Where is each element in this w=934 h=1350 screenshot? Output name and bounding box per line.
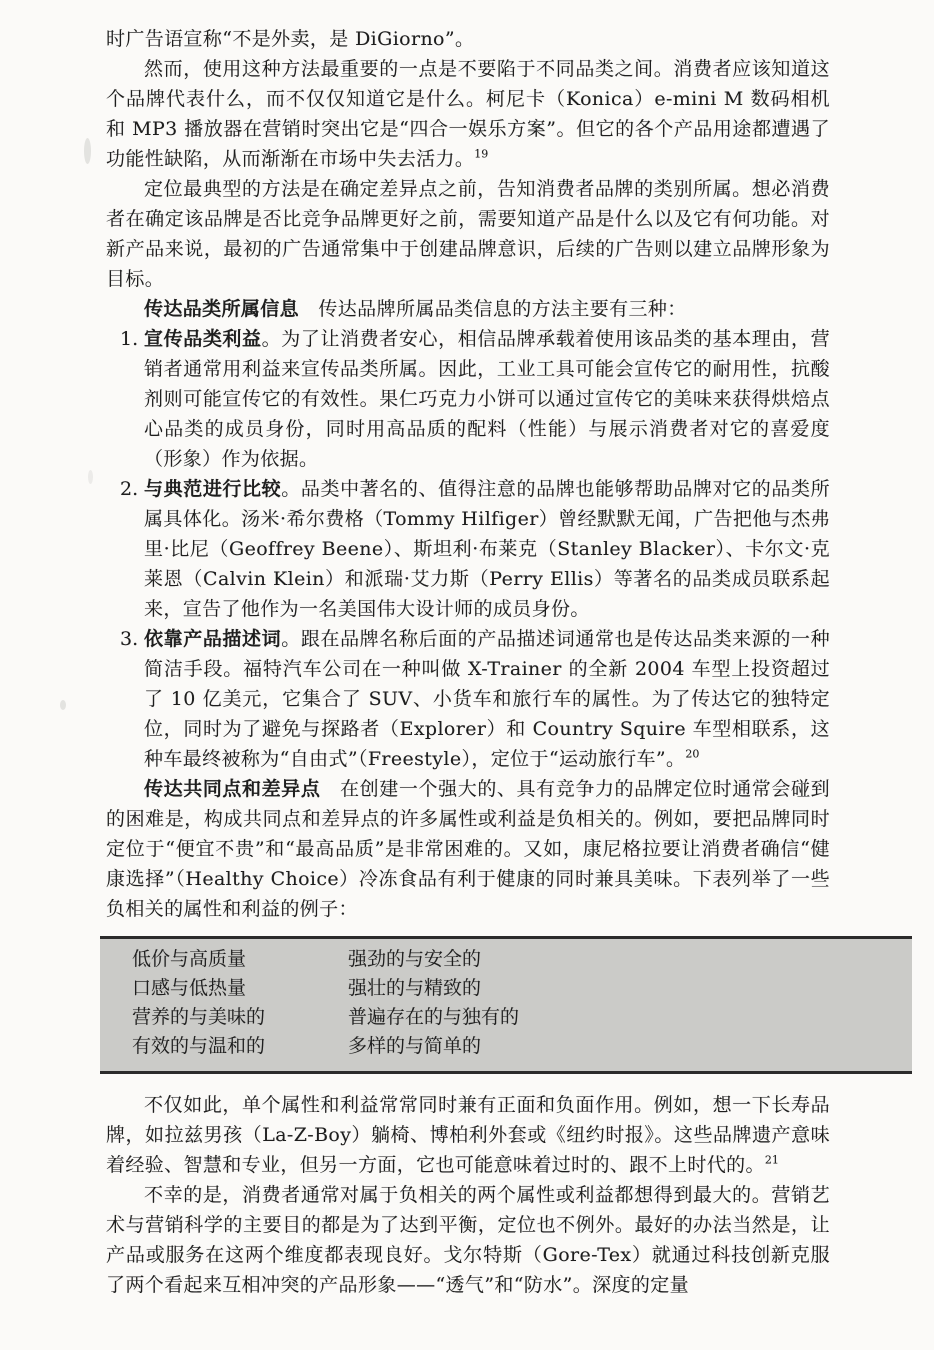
scan-artifact [88,470,93,484]
table-cell: 口感与低热量 [100,974,348,1003]
footnote-ref-20: 20 [685,748,699,761]
book-page: 时广告语宣称“不是外卖，是 DiGiorno”。 然而，使用这种方法最重要的一点… [0,0,934,1350]
paragraph-typical-positioning: 定位最典型的方法是在确定差异点之前，告知消费者品牌的类别所属。想必消费者在确定该… [106,174,830,294]
paragraph-text: 传达品牌所属品类信息的方法主要有三种： [299,298,687,320]
list-item-lead: 与典范进行比较 [144,478,281,500]
paragraph-balance: 不幸的是，消费者通常对属于负相关的两个属性或利益都想得到最大的。营销艺术与营销科… [106,1180,830,1300]
list-item-body: 与典范进行比较。品类中著名的、值得注意的品牌也能够帮助品牌对它的品类所属具体化。… [144,474,830,624]
footnote-ref-19: 19 [474,148,488,161]
list-item-lead: 依靠产品描述词 [144,628,281,650]
table-cell: 普遍存在的与独有的 [348,1003,912,1032]
paragraph-text: 不幸的是，消费者通常对属于负相关的两个属性或利益都想得到最大的。营销艺术与营销科… [106,1184,830,1296]
heading-lead: 传达共同点和差异点 [144,778,320,800]
list-item-announce-benefits: 1. 宣传品类利益。为了让消费者安心，相信品牌承载着使用该品类的基本理由，营销者… [106,324,830,474]
list-number: 1. [106,324,144,354]
heading-convey-category-membership: 传达品类所属信息 传达品牌所属品类信息的方法主要有三种： [106,294,830,324]
table-cell: 有效的与温和的 [100,1032,348,1061]
table-row: 营养的与美味的 普遍存在的与独有的 [100,1003,912,1032]
paragraph-text: 时广告语宣称“不是外卖，是 DiGiorno”。 [106,28,474,50]
list-item-product-descriptor: 3. 依靠产品描述词。跟在品牌名称后面的产品描述词通常也是传达品类来源的一种简洁… [106,624,830,774]
table-cell: 多样的与简单的 [348,1032,912,1061]
list-number: 3. [106,624,144,654]
table-cell: 低价与高质量 [100,945,348,974]
table-cell: 营养的与美味的 [100,1003,348,1032]
scan-artifact [84,138,91,164]
negative-correlation-table: 低价与高质量 强劲的与安全的 口感与低热量 强壮的与精致的 营养的与美味的 普遍… [100,936,912,1074]
table-cell: 强劲的与安全的 [348,945,912,974]
table-row: 低价与高质量 强劲的与安全的 [100,945,912,974]
table-cell: 强壮的与精致的 [348,974,912,1003]
category-methods-list: 1. 宣传品类利益。为了让消费者安心，相信品牌承载着使用该品类的基本理由，营销者… [106,324,830,774]
paragraph-dual-effects: 不仅如此，单个属性和利益常常同时兼有正面和负面作用。例如，想一下长寿品牌，如拉兹… [106,1090,830,1180]
paragraph-digiorno: 时广告语宣称“不是外卖，是 DiGiorno”。 [106,24,830,54]
list-number: 2. [106,474,144,504]
heading-convey-pop-pod: 传达共同点和差异点 在创建一个强大的、具有竞争力的品牌定位时通常会碰到的困难是，… [106,774,830,924]
paragraph-category-caution: 然而，使用这种方法最重要的一点是不要陷于不同品类之间。消费者应该知道这个品牌代表… [106,54,830,174]
list-item-lead: 宣传品类利益 [144,328,262,350]
scan-artifact [60,700,66,710]
table-row: 有效的与温和的 多样的与简单的 [100,1032,912,1061]
list-item-body: 依靠产品描述词。跟在品牌名称后面的产品描述词通常也是传达品类来源的一种简洁手段。… [144,624,830,774]
paragraph-text: 定位最典型的方法是在确定差异点之前，告知消费者品牌的类别所属。想必消费者在确定该… [106,178,830,290]
heading-lead: 传达品类所属信息 [144,298,299,320]
table-row: 口感与低热量 强壮的与精致的 [100,974,912,1003]
footnote-ref-21: 21 [765,1154,779,1167]
list-item-compare-exemplars: 2. 与典范进行比较。品类中著名的、值得注意的品牌也能够帮助品牌对它的品类所属具… [106,474,830,624]
paragraph-text: 然而，使用这种方法最重要的一点是不要陷于不同品类之间。消费者应该知道这个品牌代表… [106,58,830,170]
list-item-body: 宣传品类利益。为了让消费者安心，相信品牌承载着使用该品类的基本理由，营销者通常用… [144,324,830,474]
paragraph-text: 不仅如此，单个属性和利益常常同时兼有正面和负面作用。例如，想一下长寿品牌，如拉兹… [106,1094,830,1176]
